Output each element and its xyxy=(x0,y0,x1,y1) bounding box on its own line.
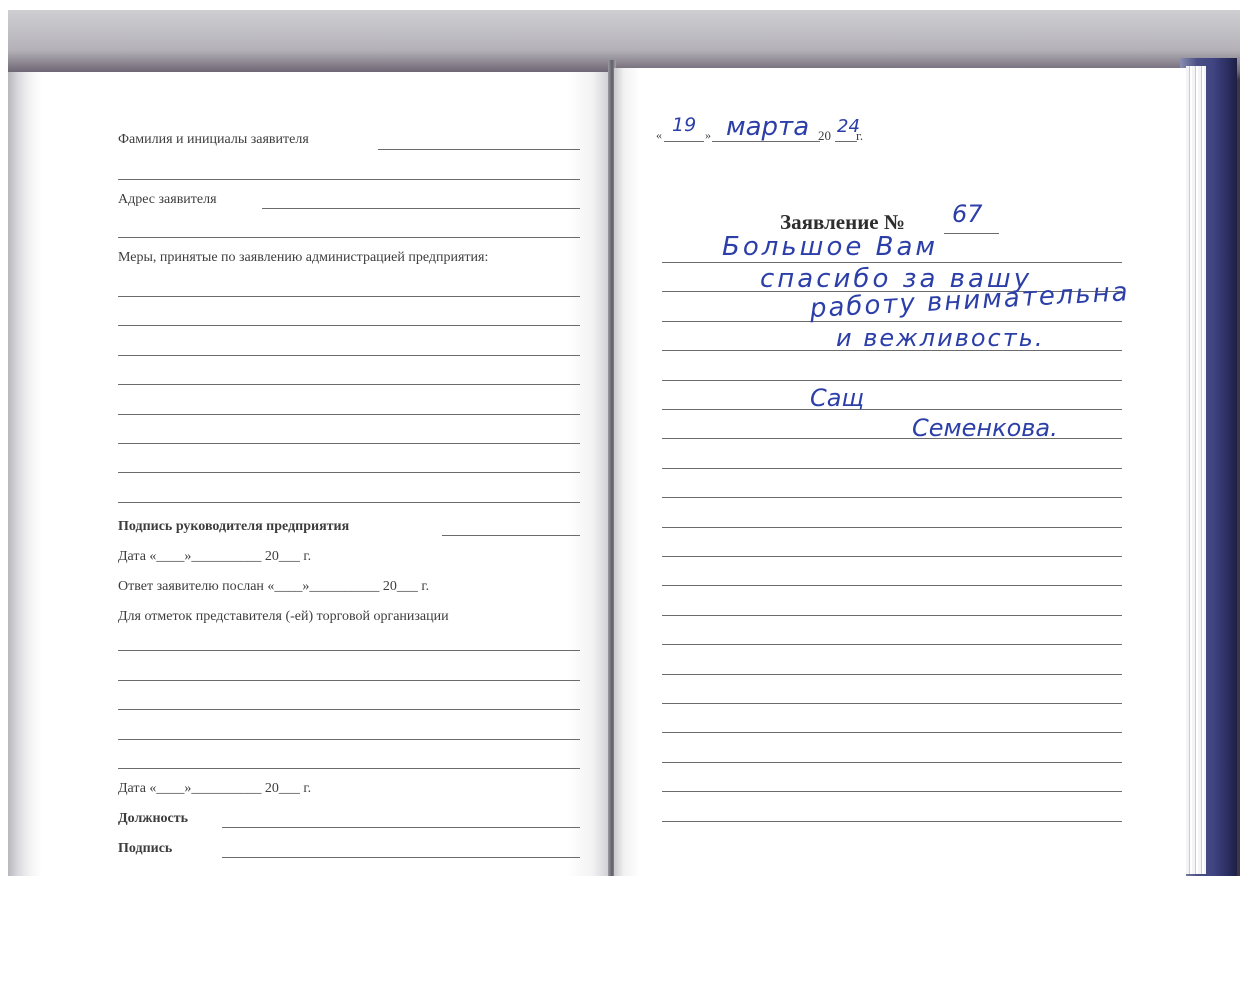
signer-name: Семенкова. xyxy=(912,414,1058,442)
position-field[interactable] xyxy=(222,827,580,828)
manager-signature-field[interactable] xyxy=(442,535,580,536)
applicant-name-field[interactable] xyxy=(378,149,580,150)
measures-label: Меры, принятые по заявлению администраци… xyxy=(118,250,488,266)
ruled-line xyxy=(662,732,1122,733)
signature-scribble: Сащ xyxy=(810,384,864,412)
ruled-line xyxy=(662,468,1122,469)
reply-sent-line[interactable]: Ответ заявителю послан «____»__________ … xyxy=(118,579,429,595)
handwritten-line-4: и вежливость. xyxy=(836,324,1044,352)
ruled-line xyxy=(118,739,580,740)
ruled-line xyxy=(662,497,1122,498)
ruled-line xyxy=(118,650,580,651)
applicant-address-field[interactable] xyxy=(262,208,580,209)
ruled-line xyxy=(118,680,580,681)
ruled-line xyxy=(118,472,580,473)
applicant-address-field-2[interactable] xyxy=(118,237,580,238)
manager-signature-label: Подпись руководителя предприятия xyxy=(118,519,349,535)
ruled-line xyxy=(662,262,1122,263)
statement-number[interactable]: 67 xyxy=(952,200,983,228)
ruled-line xyxy=(662,821,1122,822)
ruled-line xyxy=(118,355,580,356)
applicant-name-label: Фамилия и инициалы заявителя xyxy=(118,132,309,148)
ruled-line xyxy=(662,644,1122,645)
page-stack-edges xyxy=(1186,66,1206,874)
ruled-line xyxy=(662,615,1122,616)
ruled-line xyxy=(662,762,1122,763)
trade-org-notes-label: Для отметок представителя (-ей) торговой… xyxy=(118,609,449,625)
ruled-line xyxy=(662,321,1122,322)
date-month[interactable]: марта xyxy=(726,112,809,142)
signature-field[interactable] xyxy=(222,857,580,858)
ruled-line xyxy=(662,585,1122,586)
handwritten-line-1: Большое Вам xyxy=(722,232,938,262)
ruled-line xyxy=(662,527,1122,528)
date-line[interactable]: Дата «____»__________ 20___ г. xyxy=(118,549,311,565)
date-line-2[interactable]: Дата «____»__________ 20___ г. xyxy=(118,781,311,797)
left-page: Фамилия и инициалы заявителя Адрес заяви… xyxy=(8,72,610,876)
right-page: « 19 » марта 20 24 г. Заявление № 67 Бол… xyxy=(614,68,1186,876)
applicant-name-field-2[interactable] xyxy=(118,179,580,180)
ruled-line xyxy=(662,556,1122,557)
ruled-line xyxy=(118,443,580,444)
ruled-line xyxy=(662,703,1122,704)
ruled-line xyxy=(118,502,580,503)
signature-label: Подпись xyxy=(118,841,172,857)
ruled-line xyxy=(662,380,1122,381)
ruled-line xyxy=(118,768,580,769)
ruled-line xyxy=(662,791,1122,792)
ruled-line xyxy=(118,709,580,710)
ruled-line xyxy=(662,674,1122,675)
applicant-address-label: Адрес заявителя xyxy=(118,192,217,208)
ruled-line xyxy=(662,409,1122,410)
ruled-line xyxy=(118,325,580,326)
position-label: Должность xyxy=(118,811,188,827)
ruled-line xyxy=(118,296,580,297)
ruled-line xyxy=(118,384,580,385)
date-day[interactable]: 19 xyxy=(672,114,696,136)
ruled-line xyxy=(118,414,580,415)
